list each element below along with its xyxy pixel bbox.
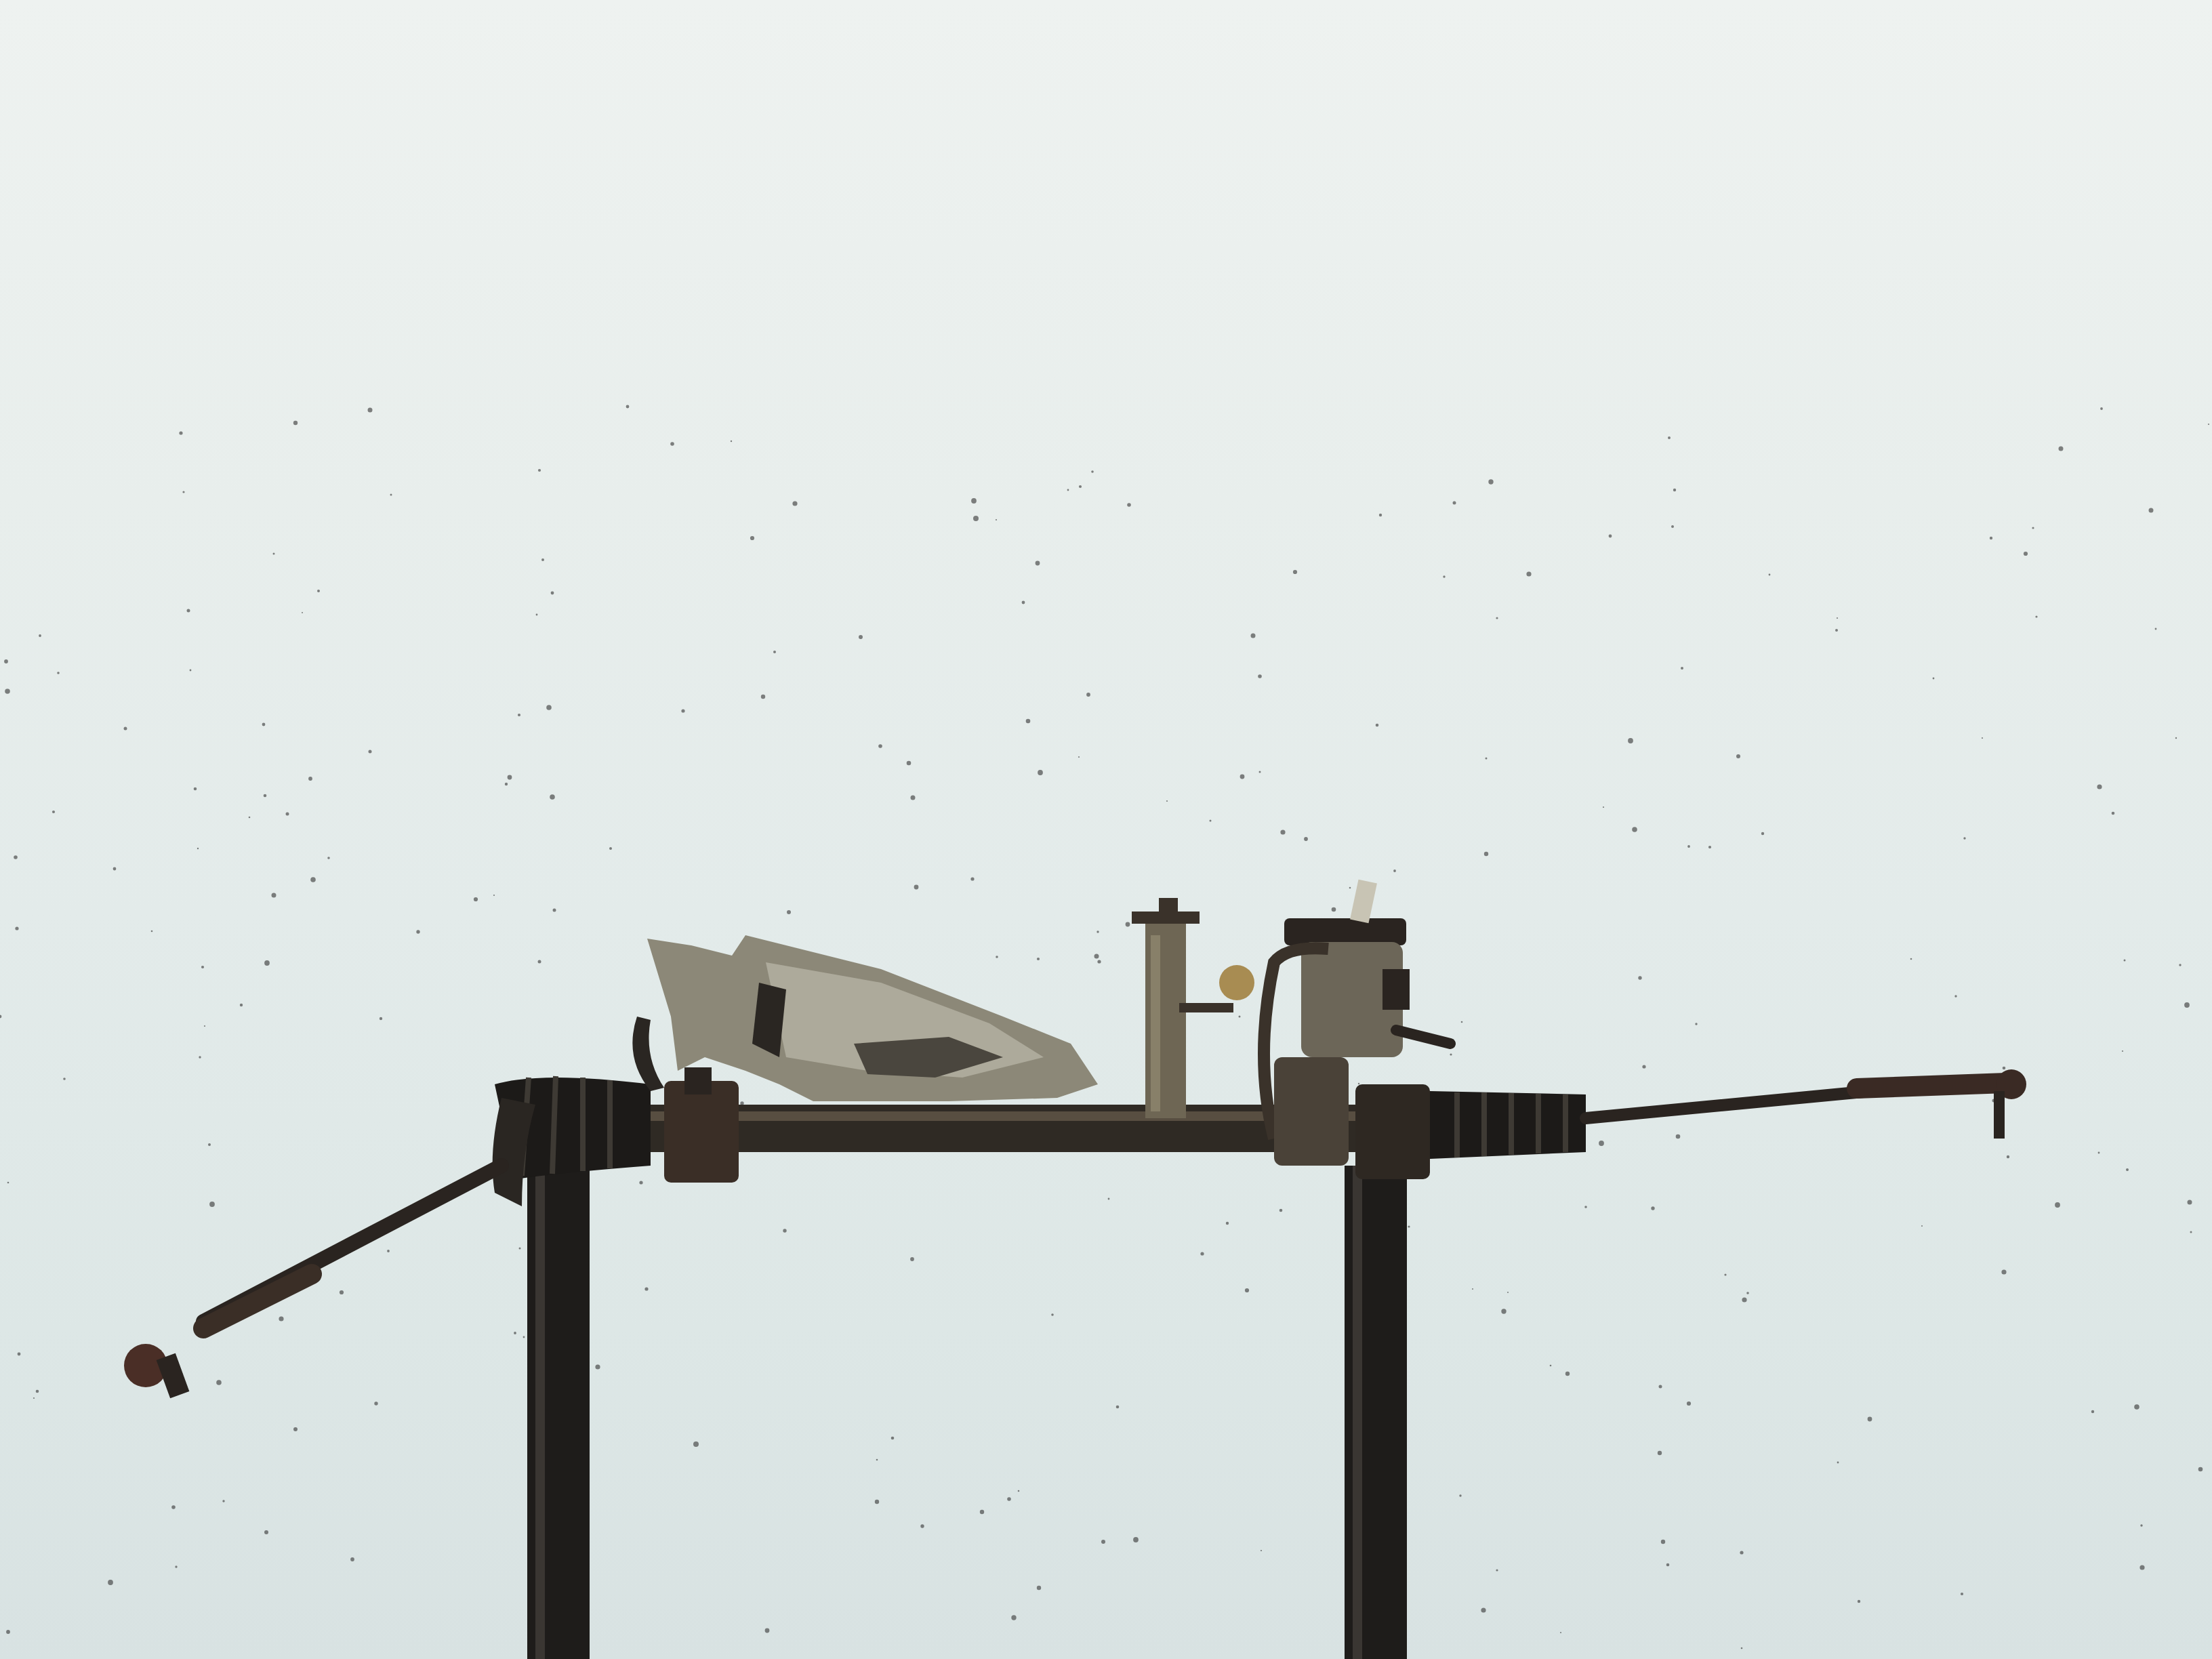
right-mount-bracket (1355, 1084, 1430, 1179)
photo-scene: Photograph of a damaged, partially melte… (0, 0, 2212, 1659)
stand-right (1345, 1166, 1407, 1659)
right-tie-rod (1586, 1069, 2026, 1139)
right-bellows-boot (1430, 1091, 1586, 1159)
steering-rack-illustration (0, 0, 2212, 1659)
stand-left (527, 1159, 590, 1659)
valve-column (1132, 898, 1254, 1118)
left-tie-rod (124, 1166, 501, 1398)
wall-speckles (0, 405, 2209, 1650)
left-mount-bracket (664, 1067, 739, 1183)
